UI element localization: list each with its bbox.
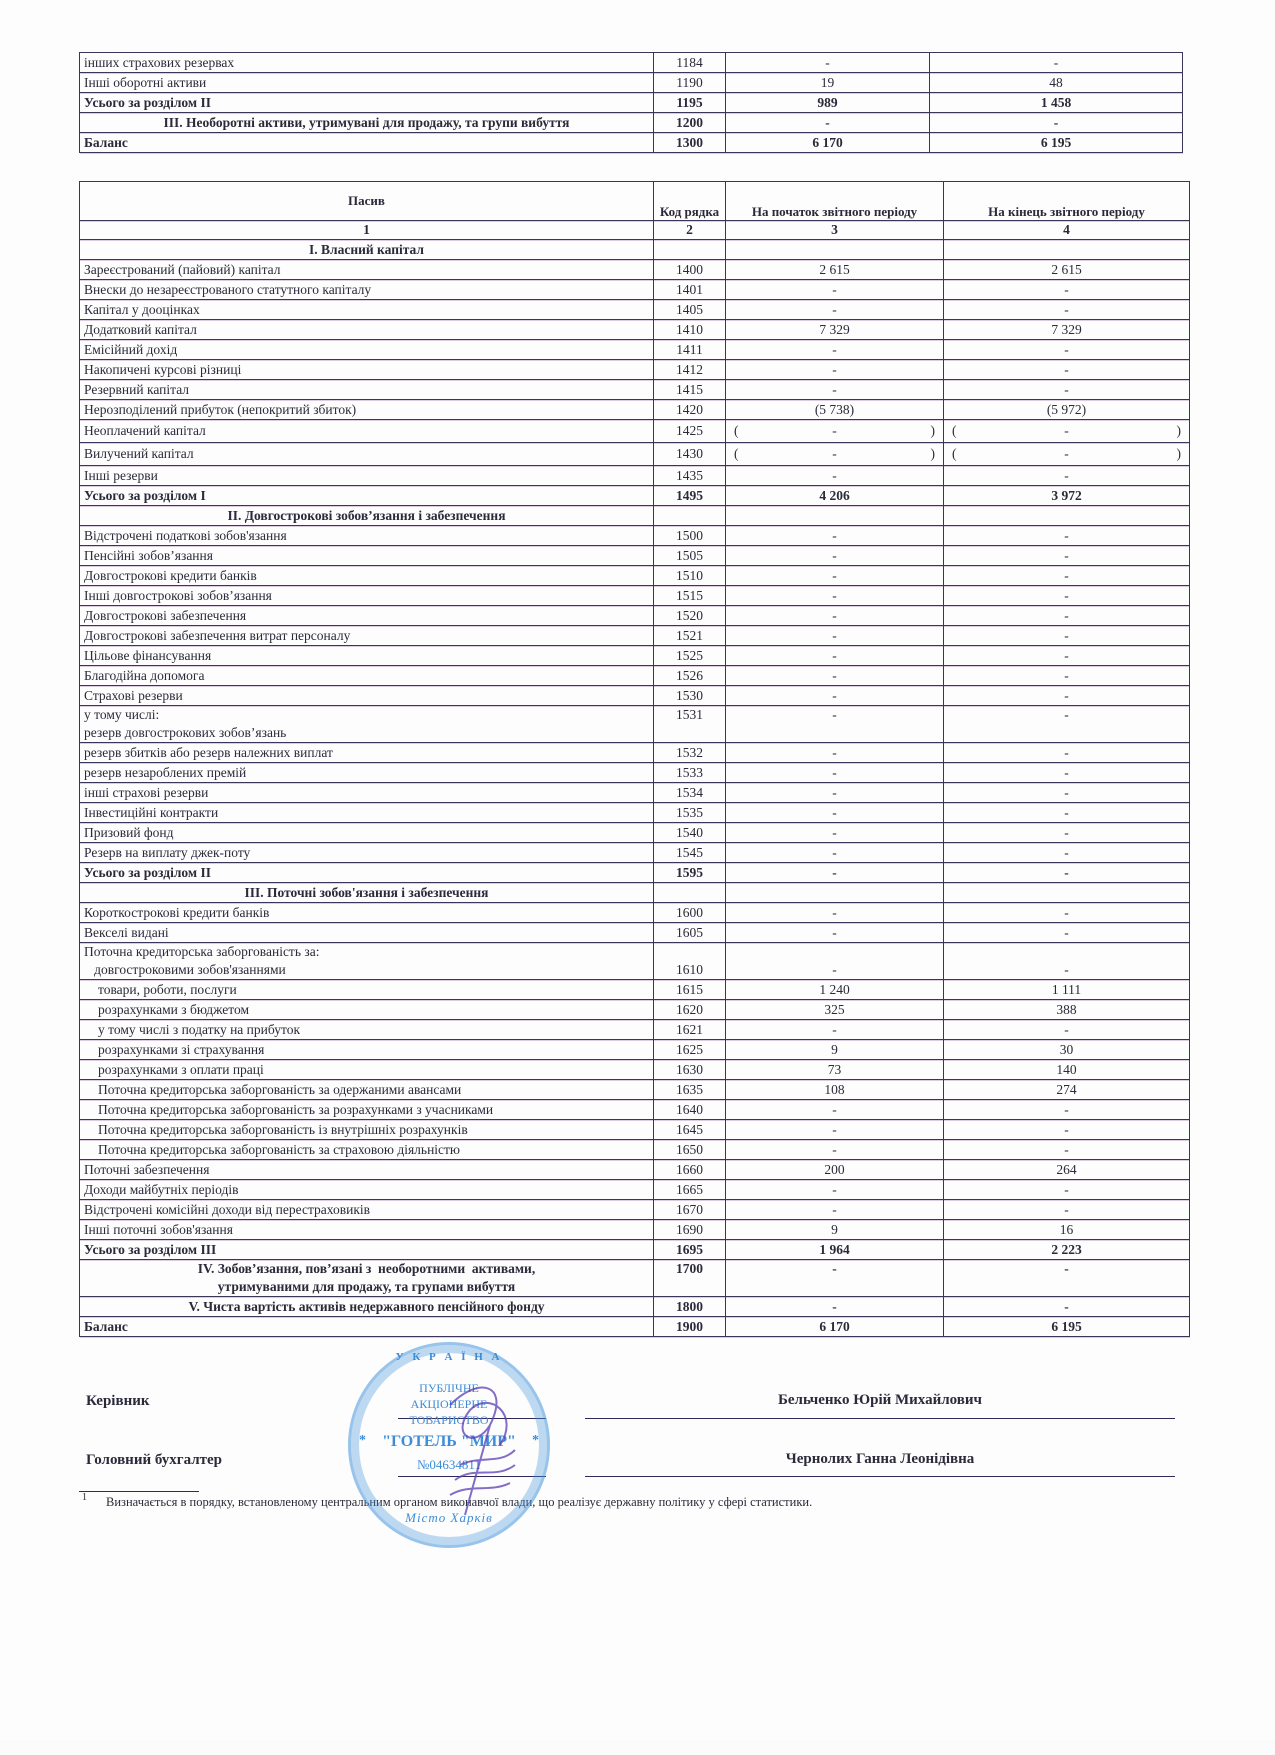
- value-period-end: 6 195: [930, 133, 1183, 153]
- row-label: Поточна кредиторська заборгованість за с…: [80, 1140, 654, 1160]
- value-period-start: -: [726, 380, 944, 400]
- value-period-start: -: [726, 280, 944, 300]
- value-period-start: -: [726, 646, 944, 666]
- value-period-start: 9: [726, 1220, 944, 1240]
- row-code: 1435: [654, 466, 726, 486]
- balance-sheet-page: інших страхових резервах1184--Інші оборо…: [0, 0, 1275, 1740]
- value-period-start: 6 170: [726, 133, 930, 153]
- close-paren: ): [1177, 422, 1182, 440]
- row-code: 1900: [654, 1317, 726, 1337]
- value-period-end: -: [944, 923, 1190, 943]
- value-period-end: -: [944, 1297, 1190, 1317]
- row-code: 1190: [654, 73, 726, 93]
- row-code: 1400: [654, 260, 726, 280]
- value-period-end: -: [944, 546, 1190, 566]
- row-label: інші страхові резерви: [80, 783, 654, 803]
- value-period-start: -: [726, 546, 944, 566]
- row-label: розрахунками зі страхування: [80, 1040, 654, 1060]
- section-header-row: III. Поточні зобов'язання і забезпечення: [80, 883, 1190, 903]
- value-period-end: -: [944, 586, 1190, 606]
- row-code: 1510: [654, 566, 726, 586]
- value-period-end: -: [944, 1140, 1190, 1160]
- table-row: у тому числі з податку на прибуток1621--: [80, 1020, 1190, 1040]
- row-code: 1401: [654, 280, 726, 300]
- row-label: IV. Зобов’язання, пов’язані з необоротни…: [80, 1260, 654, 1297]
- row-label: Поточна кредиторська заборгованість за р…: [80, 1100, 654, 1120]
- value-period-start: -: [726, 1020, 944, 1040]
- table-row: Довгострокові кредити банків1510--: [80, 566, 1190, 586]
- table-row: Довгострокові забезпечення1520--: [80, 606, 1190, 626]
- table-row: Інші оборотні активи11901948: [80, 73, 1183, 93]
- table-row: Інші резерви1435--: [80, 466, 1190, 486]
- table-row: Відстрочені податкові зобов'язання1500--: [80, 526, 1190, 546]
- row-code: 1195: [654, 93, 726, 113]
- value-period-end: -: [944, 686, 1190, 706]
- value-period-start: -: [726, 626, 944, 646]
- stamp-star-left-icon: *: [359, 1433, 366, 1449]
- value-period-end: -: [944, 706, 1190, 743]
- table-row: Благодійна допомога1526--: [80, 666, 1190, 686]
- value-period-start: -: [726, 863, 944, 883]
- row-label: Довгострокові забезпечення: [80, 606, 654, 626]
- table-row: у тому числі: резерв довгострокових зобо…: [80, 706, 1190, 743]
- row-label: Інші оборотні активи: [80, 73, 654, 93]
- value-period-end: -: [944, 943, 1190, 980]
- header-line-code: Код рядка: [654, 182, 726, 221]
- row-label: Інші поточні зобов'язання: [80, 1220, 654, 1240]
- row-label: Інвестиційні контракти: [80, 803, 654, 823]
- table-row: Поточна кредиторська заборгованість за с…: [80, 1140, 1190, 1160]
- row-code: 1415: [654, 380, 726, 400]
- value-period-end: 1 458: [930, 93, 1183, 113]
- row-label: Зареєстрований (пайовий) капітал: [80, 260, 654, 280]
- table-row: Зареєстрований (пайовий) капітал14002 61…: [80, 260, 1190, 280]
- row-code: 1411: [654, 340, 726, 360]
- value-period-start: -: [726, 763, 944, 783]
- value-period-end: -: [930, 113, 1183, 133]
- row-label: у тому числі з податку на прибуток: [80, 1020, 654, 1040]
- row-label: V. Чиста вартість активів недержавного п…: [80, 1297, 654, 1317]
- value-period-end: -: [944, 783, 1190, 803]
- column-number-4: 4: [944, 221, 1190, 240]
- row-label: розрахунками з бюджетом: [80, 1000, 654, 1020]
- stamp-top-arc: У К Р А Ї Н А: [351, 1351, 547, 1363]
- value-period-end: -: [944, 763, 1190, 783]
- value-period-start: -: [726, 923, 944, 943]
- table-row: Довгострокові забезпечення витрат персон…: [80, 626, 1190, 646]
- value-period-end: [944, 240, 1190, 260]
- value-period-start: -: [726, 1100, 944, 1120]
- table-row: Страхові резерви1530--: [80, 686, 1190, 706]
- value-period-end: 30: [944, 1040, 1190, 1060]
- row-label: Внески до незареєстрованого статутного к…: [80, 280, 654, 300]
- row-label: III. Необоротні активи, утримувані для п…: [80, 113, 654, 133]
- parenthesized-value: (-): [948, 445, 1185, 463]
- value-period-start: -: [726, 943, 944, 980]
- value-period-start: -: [726, 903, 944, 923]
- value-period-start: -: [726, 803, 944, 823]
- row-code: 1645: [654, 1120, 726, 1140]
- row-code: 1630: [654, 1060, 726, 1080]
- row-label: товари, роботи, послуги: [80, 980, 654, 1000]
- table-row: Доходи майбутніх періодів1665--: [80, 1180, 1190, 1200]
- value-period-end: -: [944, 566, 1190, 586]
- row-code: 1412: [654, 360, 726, 380]
- table-row: розрахунками з оплати праці163073140: [80, 1060, 1190, 1080]
- row-label: Призовий фонд: [80, 823, 654, 843]
- table-row: III. Необоротні активи, утримувані для п…: [80, 113, 1183, 133]
- footnote-separator: [79, 1491, 199, 1492]
- table-row: Усього за розділом II1595--: [80, 863, 1190, 883]
- value-period-start: -: [726, 783, 944, 803]
- value-period-start: -: [726, 300, 944, 320]
- table-row: V. Чиста вартість активів недержавного п…: [80, 1297, 1190, 1317]
- table-header-row: Пасив Код рядка На початок звітного пері…: [80, 182, 1190, 221]
- liabilities-table: Пасив Код рядка На початок звітного пері…: [79, 181, 1190, 1337]
- value-period-end: -: [944, 1100, 1190, 1120]
- value-period-end: -: [944, 646, 1190, 666]
- row-label: розрахунками з оплати праці: [80, 1060, 654, 1080]
- column-number-1: 1: [80, 221, 654, 240]
- row-code: 1800: [654, 1297, 726, 1317]
- row-code: 1420: [654, 400, 726, 420]
- open-paren: (: [734, 422, 739, 440]
- row-code: 1600: [654, 903, 726, 923]
- row-code: 1505: [654, 546, 726, 566]
- value-period-end: 2 223: [944, 1240, 1190, 1260]
- value-period-end: 274: [944, 1080, 1190, 1100]
- row-code: 1605: [654, 923, 726, 943]
- handwritten-signature-icon: [420, 1365, 540, 1525]
- value-period-end: 264: [944, 1160, 1190, 1180]
- table-row: інші страхові резерви1534--: [80, 783, 1190, 803]
- table-row: Пенсійні зобов’язання1505--: [80, 546, 1190, 566]
- value-period-start: [726, 240, 944, 260]
- table-row: розрахунками зі страхування1625930: [80, 1040, 1190, 1060]
- row-label: Поточні забезпечення: [80, 1160, 654, 1180]
- row-code: 1660: [654, 1160, 726, 1180]
- value-period-end: 48: [930, 73, 1183, 93]
- row-label: Поточна кредиторська заборгованість із в…: [80, 1120, 654, 1140]
- row-code: 1620: [654, 1000, 726, 1020]
- row-code: 1635: [654, 1080, 726, 1100]
- value-period-end: -: [944, 626, 1190, 646]
- row-label: Векселі видані: [80, 923, 654, 943]
- value-period-end: -: [944, 823, 1190, 843]
- section-title: II. Довгострокові зобов’язання і забезпе…: [80, 506, 654, 526]
- value-period-start: [726, 883, 944, 903]
- row-code: 1530: [654, 686, 726, 706]
- value-period-end: -: [944, 280, 1190, 300]
- row-code: 1534: [654, 783, 726, 803]
- table-row: Інвестиційні контракти1535--: [80, 803, 1190, 823]
- open-paren: (: [734, 445, 739, 463]
- value-period-start: 1 240: [726, 980, 944, 1000]
- row-code: 1200: [654, 113, 726, 133]
- value-period-start: 7 329: [726, 320, 944, 340]
- value-period-start: -: [726, 1260, 944, 1297]
- value-period-start: -: [726, 686, 944, 706]
- value-period-end: -: [944, 1200, 1190, 1220]
- row-code: [654, 883, 726, 903]
- value-period-start: -: [726, 586, 944, 606]
- row-code: 1410: [654, 320, 726, 340]
- accountant-name-line: [585, 1476, 1175, 1477]
- value-period-end: 1 111: [944, 980, 1190, 1000]
- value-period-start: -: [726, 1200, 944, 1220]
- row-code: 1184: [654, 53, 726, 73]
- table-row: Баланс19006 1706 195: [80, 1317, 1190, 1337]
- head-label: Керівник: [86, 1393, 150, 1410]
- parenthesized-value: (-): [730, 445, 939, 463]
- table-row: Додатковий капітал14107 3297 329: [80, 320, 1190, 340]
- column-number-2: 2: [654, 221, 726, 240]
- header-liabilities: Пасив: [80, 182, 654, 221]
- value: -: [1064, 422, 1069, 440]
- table-row: Цільове фінансування1525--: [80, 646, 1190, 666]
- table-row: інших страхових резервах1184--: [80, 53, 1183, 73]
- row-label: у тому числі: резерв довгострокових зобо…: [80, 706, 654, 743]
- value-period-end: -: [944, 843, 1190, 863]
- value-period-start: 1 964: [726, 1240, 944, 1260]
- value-period-start: -: [726, 1297, 944, 1317]
- value-period-start: 2 615: [726, 260, 944, 280]
- parenthesized-value: (-): [730, 422, 939, 440]
- row-code: 1521: [654, 626, 726, 646]
- row-code: 1690: [654, 1220, 726, 1240]
- column-number-row: 1 2 3 4: [80, 221, 1190, 240]
- row-code: 1425: [654, 420, 726, 443]
- value-period-start: 989: [726, 93, 930, 113]
- value-period-start: -: [726, 466, 944, 486]
- value-period-end: (-): [944, 443, 1190, 466]
- value-period-end: 7 329: [944, 320, 1190, 340]
- value-period-end: -: [944, 380, 1190, 400]
- table-row: Внески до незареєстрованого статутного к…: [80, 280, 1190, 300]
- value-period-end: -: [944, 863, 1190, 883]
- section-title: I. Власний капітал: [80, 240, 654, 260]
- value-period-start: -: [726, 1180, 944, 1200]
- row-code: 1665: [654, 1180, 726, 1200]
- row-label: Нерозподілений прибуток (непокритий збит…: [80, 400, 654, 420]
- row-code: 1500: [654, 526, 726, 546]
- head-name-line: [585, 1418, 1175, 1419]
- row-code: 1615: [654, 980, 726, 1000]
- table-row: Усього за розділом III16951 9642 223: [80, 1240, 1190, 1260]
- value-period-end: 388: [944, 1000, 1190, 1020]
- row-label: Відстрочені комісійні доходи від перестр…: [80, 1200, 654, 1220]
- row-code: 1520: [654, 606, 726, 626]
- value-period-end: -: [944, 360, 1190, 380]
- row-label: Цільове фінансування: [80, 646, 654, 666]
- row-code: 1545: [654, 843, 726, 863]
- value-period-end: -: [944, 606, 1190, 626]
- row-label: Пенсійні зобов’язання: [80, 546, 654, 566]
- table-row: Поточна кредиторська заборгованість за о…: [80, 1080, 1190, 1100]
- row-label: Додатковий капітал: [80, 320, 654, 340]
- row-label: Страхові резерви: [80, 686, 654, 706]
- value-period-start: -: [726, 743, 944, 763]
- row-label: Відстрочені податкові зобов'язання: [80, 526, 654, 546]
- row-code: 1640: [654, 1100, 726, 1120]
- row-code: 1533: [654, 763, 726, 783]
- row-code: 1621: [654, 1020, 726, 1040]
- row-code: 1525: [654, 646, 726, 666]
- row-label: Інші резерви: [80, 466, 654, 486]
- value-period-start: -: [726, 526, 944, 546]
- value-period-end: -: [944, 1180, 1190, 1200]
- value-period-end: -: [944, 466, 1190, 486]
- value-period-start: -: [726, 823, 944, 843]
- value-period-start: 200: [726, 1160, 944, 1180]
- parenthesized-value: (-): [948, 422, 1185, 440]
- value-period-end: -: [944, 340, 1190, 360]
- assets-continuation-table: інших страхових резервах1184--Інші оборо…: [79, 52, 1183, 153]
- value: -: [1064, 445, 1069, 463]
- row-code: 1515: [654, 586, 726, 606]
- value-period-end: 140: [944, 1060, 1190, 1080]
- row-code: 1595: [654, 863, 726, 883]
- value-period-start: 9: [726, 1040, 944, 1060]
- table-row: Поточна кредиторська заборгованість за р…: [80, 1100, 1190, 1120]
- row-code: 1300: [654, 133, 726, 153]
- value-period-end: 6 195: [944, 1317, 1190, 1337]
- value-period-start: -: [726, 360, 944, 380]
- close-paren: ): [931, 445, 936, 463]
- row-label: Поточна кредиторська заборгованість за: …: [80, 943, 654, 980]
- accountant-label: Головний бухгалтер: [86, 1452, 222, 1469]
- value-period-start: 108: [726, 1080, 944, 1100]
- table-row: Поточні забезпечення1660200264: [80, 1160, 1190, 1180]
- value-period-start: 6 170: [726, 1317, 944, 1337]
- value-period-end: -: [944, 803, 1190, 823]
- value-period-start: -: [726, 706, 944, 743]
- row-label: Вилучений капітал: [80, 443, 654, 466]
- table-row: Поточна кредиторська заборгованість із в…: [80, 1120, 1190, 1140]
- table-row: Призовий фонд1540--: [80, 823, 1190, 843]
- value-period-start: -: [726, 53, 930, 73]
- value-period-end: [944, 506, 1190, 526]
- table-row: Усього за розділом I14954 2063 972: [80, 486, 1190, 506]
- table-row: Інші поточні зобов'язання1690916: [80, 1220, 1190, 1240]
- table-row: Усього за розділом II11959891 458: [80, 93, 1183, 113]
- value-period-end: 2 615: [944, 260, 1190, 280]
- table-row: Емісійний дохід1411--: [80, 340, 1190, 360]
- value: -: [832, 422, 837, 440]
- value-period-end: -: [944, 903, 1190, 923]
- value-period-start: -: [726, 1140, 944, 1160]
- row-code: 1540: [654, 823, 726, 843]
- value-period-end: -: [930, 53, 1183, 73]
- row-label: Баланс: [80, 133, 654, 153]
- row-code: 1532: [654, 743, 726, 763]
- value: -: [832, 445, 837, 463]
- row-code: 1430: [654, 443, 726, 466]
- value-period-end: 16: [944, 1220, 1190, 1240]
- row-code: 1495: [654, 486, 726, 506]
- value-period-end: -: [944, 666, 1190, 686]
- value-period-end: -: [944, 1120, 1190, 1140]
- header-period-start: На початок звітного періоду: [726, 182, 944, 221]
- row-label: Усього за розділом III: [80, 1240, 654, 1260]
- row-label: Благодійна допомога: [80, 666, 654, 686]
- section-title: III. Поточні зобов'язання і забезпечення: [80, 883, 654, 903]
- table-row: Інші довгострокові зобов’язання1515--: [80, 586, 1190, 606]
- header-period-end: На кінець звітного періоду: [944, 182, 1190, 221]
- close-paren: ): [1177, 445, 1182, 463]
- value-period-start: -: [726, 566, 944, 586]
- value-period-start: (-): [726, 420, 944, 443]
- row-code: [654, 506, 726, 526]
- row-code: 1531: [654, 706, 726, 743]
- row-label: Довгострокові кредити банків: [80, 566, 654, 586]
- row-label: Інші довгострокові зобов’язання: [80, 586, 654, 606]
- value-period-start: -: [726, 843, 944, 863]
- row-code: [654, 240, 726, 260]
- table-row: Накопичені курсові різниці1412--: [80, 360, 1190, 380]
- head-name: Бельченко Юрій Михайлович: [585, 1392, 1175, 1409]
- row-code: 1650: [654, 1140, 726, 1160]
- value-period-start: [726, 506, 944, 526]
- row-label: Накопичені курсові різниці: [80, 360, 654, 380]
- row-code: 1405: [654, 300, 726, 320]
- value-period-start: -: [726, 113, 930, 133]
- table-row: Поточна кредиторська заборгованість за: …: [80, 943, 1190, 980]
- row-label: Усього за розділом II: [80, 863, 654, 883]
- value-period-end: [944, 883, 1190, 903]
- table-row: Неоплачений капітал1425(-)(-): [80, 420, 1190, 443]
- value-period-start: 19: [726, 73, 930, 93]
- value-period-end: -: [944, 1020, 1190, 1040]
- value-period-end: (-): [944, 420, 1190, 443]
- row-label: Усього за розділом I: [80, 486, 654, 506]
- table-row: Капітал у дооцінках1405--: [80, 300, 1190, 320]
- close-paren: ): [931, 422, 936, 440]
- table-row: Резервний капітал1415--: [80, 380, 1190, 400]
- table-row: Короткострокові кредити банків1600--: [80, 903, 1190, 923]
- value-period-start: (5 738): [726, 400, 944, 420]
- table-row: резерв збитків або резерв належних випла…: [80, 743, 1190, 763]
- section-header-row: II. Довгострокові зобов’язання і забезпе…: [80, 506, 1190, 526]
- row-code: 1625: [654, 1040, 726, 1060]
- table-row: товари, роботи, послуги16151 2401 111: [80, 980, 1190, 1000]
- row-code: 1526: [654, 666, 726, 686]
- table-row: IV. Зобов’язання, пов’язані з необоротни…: [80, 1260, 1190, 1297]
- value-period-start: 4 206: [726, 486, 944, 506]
- row-label: Доходи майбутніх періодів: [80, 1180, 654, 1200]
- value-period-end: (5 972): [944, 400, 1190, 420]
- row-label: резерв незароблених премій: [80, 763, 654, 783]
- value-period-end: -: [944, 743, 1190, 763]
- value-period-start: -: [726, 606, 944, 626]
- row-label: Неоплачений капітал: [80, 420, 654, 443]
- value-period-start: -: [726, 666, 944, 686]
- table-row: розрахунками з бюджетом1620325388: [80, 1000, 1190, 1020]
- table-row: резерв незароблених премій1533--: [80, 763, 1190, 783]
- value-period-start: (-): [726, 443, 944, 466]
- row-code: 1535: [654, 803, 726, 823]
- value-period-start: -: [726, 340, 944, 360]
- section-header-row: I. Власний капітал: [80, 240, 1190, 260]
- value-period-start: 325: [726, 1000, 944, 1020]
- value-period-end: 3 972: [944, 486, 1190, 506]
- row-code: 1700: [654, 1260, 726, 1297]
- row-label: Баланс: [80, 1317, 654, 1337]
- value-period-end: -: [944, 1260, 1190, 1297]
- value-period-end: -: [944, 526, 1190, 546]
- open-paren: (: [952, 445, 957, 463]
- value-period-start: 73: [726, 1060, 944, 1080]
